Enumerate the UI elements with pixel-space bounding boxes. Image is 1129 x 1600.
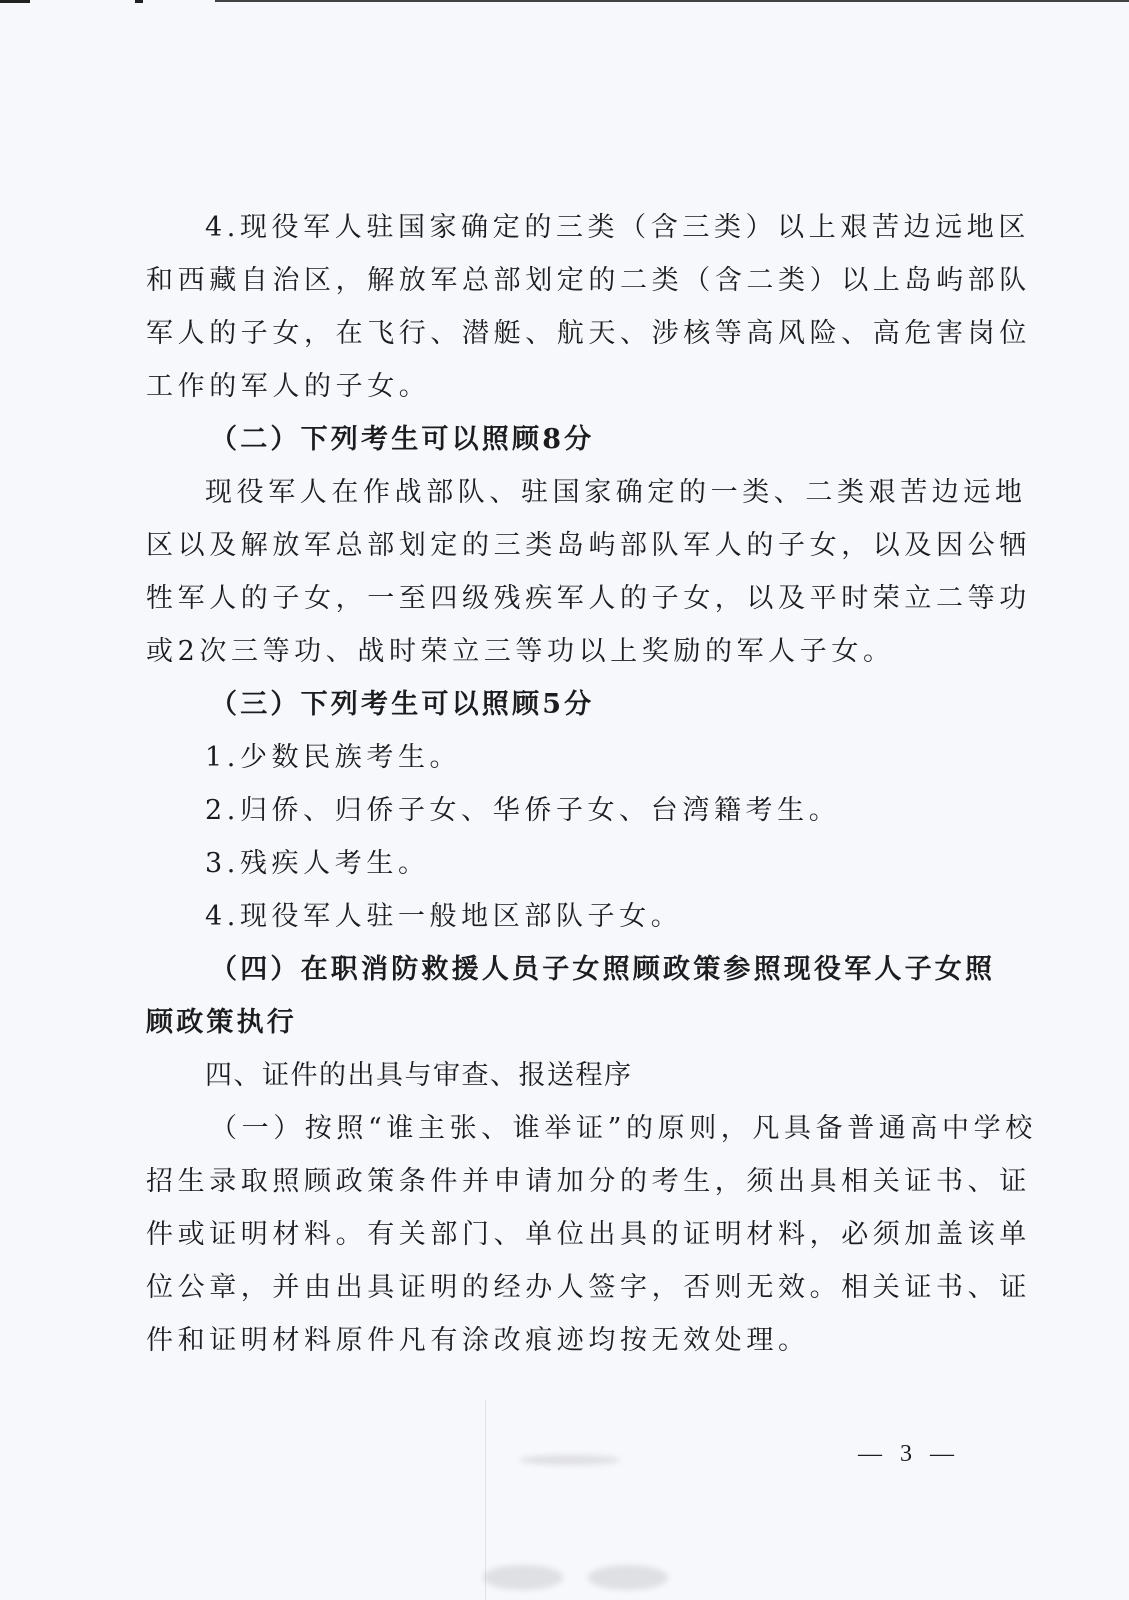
- paragraph-line: 件和证明材料原件凡有涂改痕迹均按无效处理。: [146, 1323, 810, 1359]
- document-page: 4.现役军人驻国家确定的三类（含三类）以上艰苦边远地区 和西藏自治区，解放军总部…: [0, 0, 1129, 1600]
- paragraph-line: 位公章，并由出具证明的经办人签字，否则无效。相关证书、证: [146, 1270, 1031, 1306]
- paragraph-line: （一）按照“谁主张、谁举证”的原则，凡具备普通高中学校: [210, 1111, 1037, 1147]
- scan-smudge: [520, 1455, 620, 1465]
- paragraph-line: 区以及解放军总部划定的三类岛屿部队军人的子女，以及因公牺: [146, 528, 1031, 564]
- section-heading: （二）下列考生可以照顾8分: [210, 422, 594, 458]
- paragraph-line: 工作的军人的子女。: [146, 369, 430, 405]
- scan-smudge: [483, 1565, 563, 1590]
- paragraph-line: 现役军人在作战部队、驻国家确定的一类、二类艰苦边远地: [205, 475, 1027, 511]
- paragraph-line: 招生录取照顾政策条件并申请加分的考生，须出具相关证书、证: [146, 1164, 1031, 1200]
- scan-fold-line: [485, 1400, 486, 1600]
- scan-smudge: [588, 1565, 668, 1590]
- list-item: 2.归侨、归侨子女、华侨子女、台湾籍考生。: [205, 793, 840, 829]
- paragraph-line: 件或证明材料。有关部门、单位出具的证明材料，必须加盖该单: [146, 1217, 1031, 1253]
- paragraph-line: 或2次三等功、战时荣立三等功以上奖励的军人子女。: [146, 634, 895, 670]
- list-item: 4.现役军人驻一般地区部队子女。: [205, 899, 682, 935]
- paragraph-line: 4.现役军人驻国家确定的三类（含三类）以上艰苦边远地区: [205, 210, 1030, 246]
- paragraph-line: 军人的子女，在飞行、潜艇、航天、涉核等高风险、高危害岗位: [146, 316, 1031, 352]
- section-heading-continued: 顾政策执行: [146, 1005, 297, 1041]
- paragraph-line: 和西藏自治区，解放军总部划定的二类（含二类）以上岛屿部队: [146, 263, 1031, 299]
- page-number: — 3 —: [858, 1441, 960, 1468]
- paragraph-line: 牲军人的子女，一至四级残疾军人的子女，以及平时荣立二等功: [146, 581, 1031, 617]
- list-item: 3.残疾人考生。: [205, 846, 430, 882]
- section-heading: （四）在职消防救援人员子女照顾政策参照现役军人子女照: [210, 952, 995, 988]
- section-heading: （三）下列考生可以照顾5分: [210, 687, 594, 723]
- list-item: 1.少数民族考生。: [205, 740, 461, 776]
- chapter-heading: 四、证件的出具与审查、报送程序: [205, 1058, 633, 1094]
